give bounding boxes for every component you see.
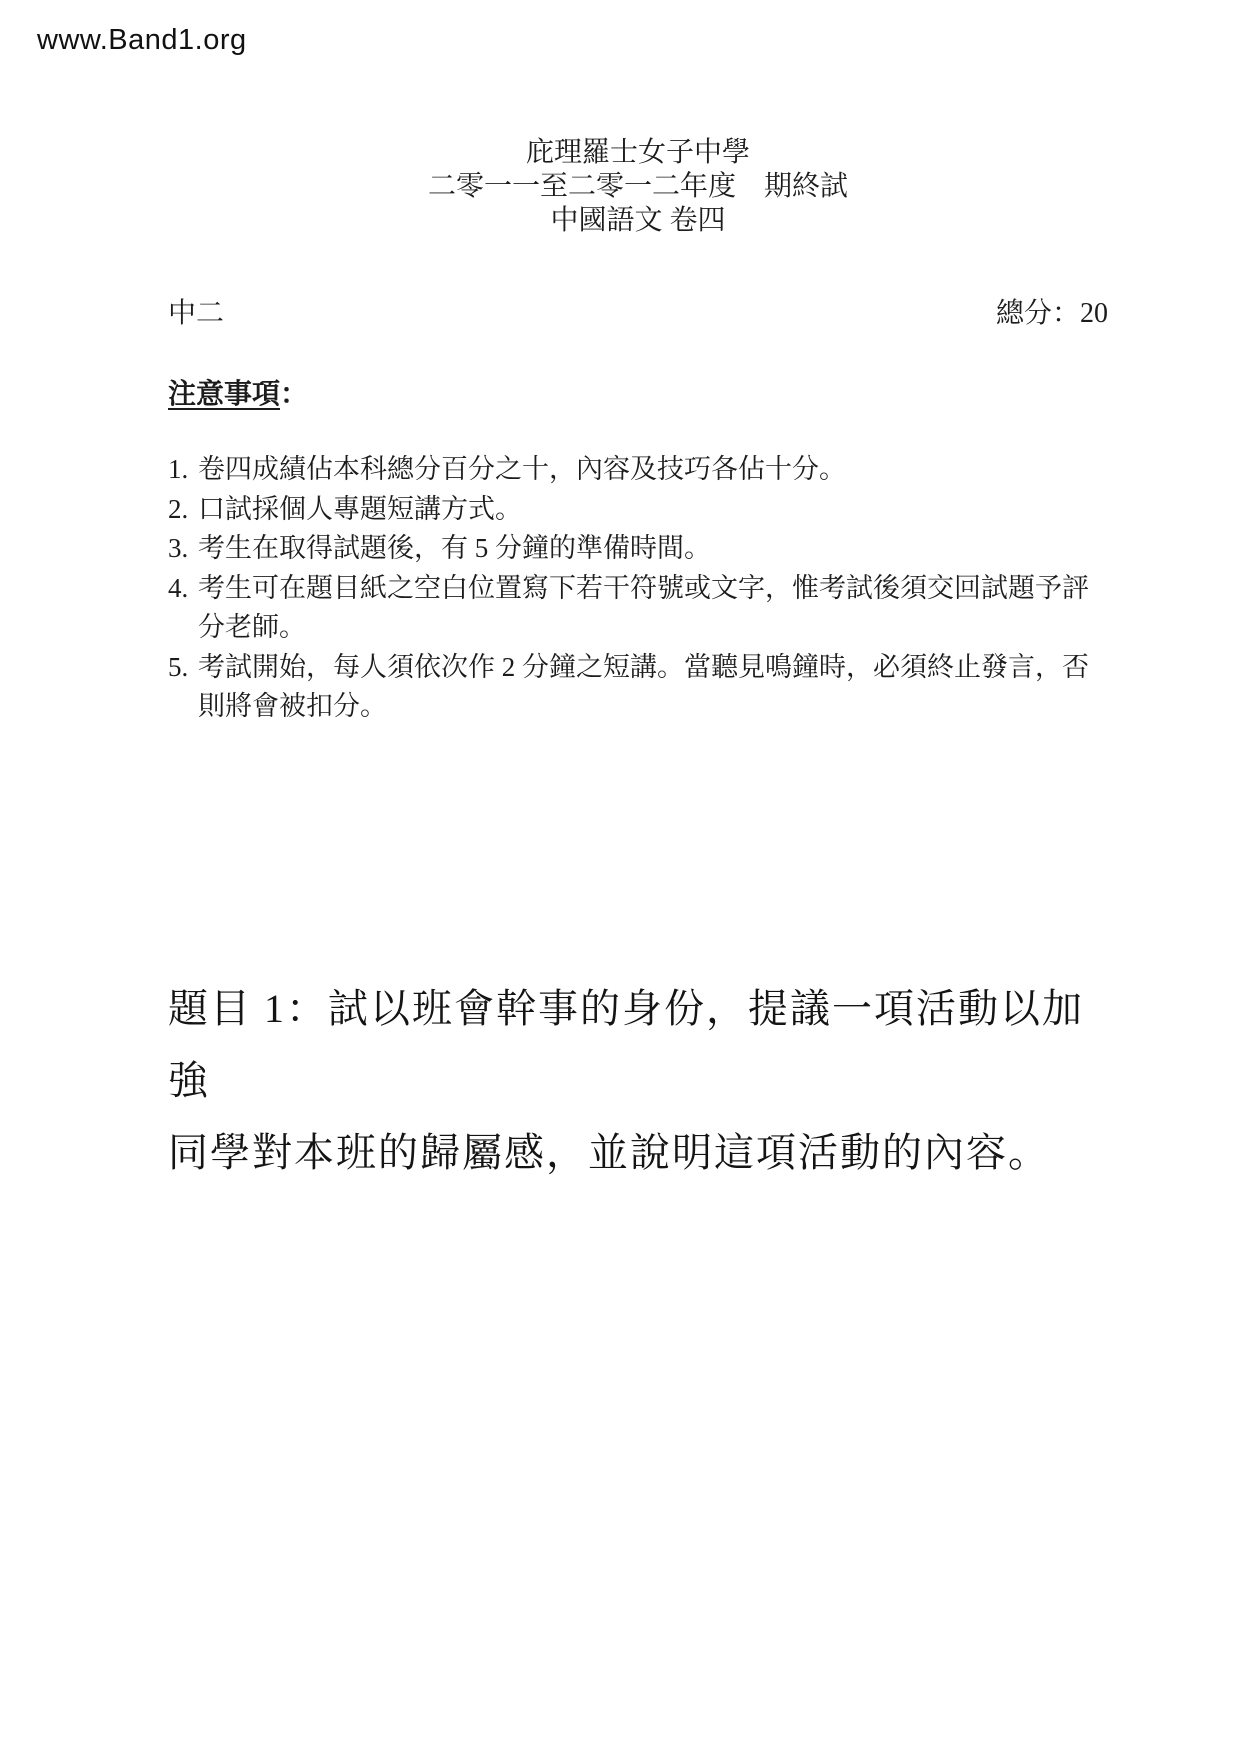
meta-row: 中二 總分：20 (168, 298, 1108, 330)
question-line-1: 題目 1：試以班會幹事的身份，提議一項活動以加強 (168, 973, 1108, 1117)
note-text: 卷四成績佔本科總分百分之十，內容及技巧各佔十分。 (198, 450, 1108, 490)
note-item: 1. 卷四成績佔本科總分百分之十，內容及技巧各佔十分。 (168, 450, 1108, 490)
page-content: 庇理羅士女子中學 二零一一至二零一二年度 期終試 中國語文 卷四 中二 總分：2… (168, 0, 1108, 1189)
note-text: 考試開始，每人須依次作 2 分鐘之短講。當聽見鳴鐘時，必須終止發言，否則將會被扣… (198, 648, 1108, 727)
note-item: 2. 口試採個人專題短講方式。 (168, 490, 1108, 530)
note-item: 5. 考試開始，每人須依次作 2 分鐘之短講。當聽見鳴鐘時，必須終止發言，否則將… (168, 648, 1108, 727)
note-number: 1. (168, 450, 198, 490)
class-level: 中二 (168, 298, 224, 330)
question-line-2: 同學對本班的歸屬感，並說明這項活動的內容。 (168, 1117, 1108, 1189)
note-number: 2. (168, 490, 198, 530)
school-name: 庇理羅士女子中學 (168, 136, 1108, 170)
note-text: 口試採個人專題短講方式。 (198, 490, 1108, 530)
note-number: 3. (168, 529, 198, 569)
title-block: 庇理羅士女子中學 二零一一至二零一二年度 期終試 中國語文 卷四 (168, 136, 1108, 238)
note-text: 考生可在題目紙之空白位置寫下若干符號或文字，惟考試後須交回試題予評分老師。 (198, 569, 1108, 648)
note-number: 5. (168, 648, 198, 727)
notes-heading: 注意事項： (168, 378, 1108, 412)
note-item: 4. 考生可在題目紙之空白位置寫下若干符號或文字，惟考試後須交回試題予評分老師。 (168, 569, 1108, 648)
notes-heading-colon: ： (280, 379, 308, 410)
question-block: 題目 1：試以班會幹事的身份，提議一項活動以加強 同學對本班的歸屬感，並說明這項… (168, 973, 1108, 1189)
notes-list: 1. 卷四成績佔本科總分百分之十，內容及技巧各佔十分。 2. 口試採個人專題短講… (168, 450, 1108, 727)
total-score: 總分：20 (996, 298, 1108, 330)
note-item: 3. 考生在取得試題後，有 5 分鐘的準備時間。 (168, 529, 1108, 569)
note-number: 4. (168, 569, 198, 648)
exam-paper-page: www.Band1.org 庇理羅士女子中學 二零一一至二零一二年度 期終試 中… (0, 0, 1240, 1754)
school-year-exam: 二零一一至二零一二年度 期終試 (168, 170, 1108, 204)
note-text: 考生在取得試題後，有 5 分鐘的準備時間。 (198, 529, 1108, 569)
notes-heading-text: 注意事項 (168, 379, 280, 410)
subject-paper: 中國語文 卷四 (168, 204, 1108, 238)
